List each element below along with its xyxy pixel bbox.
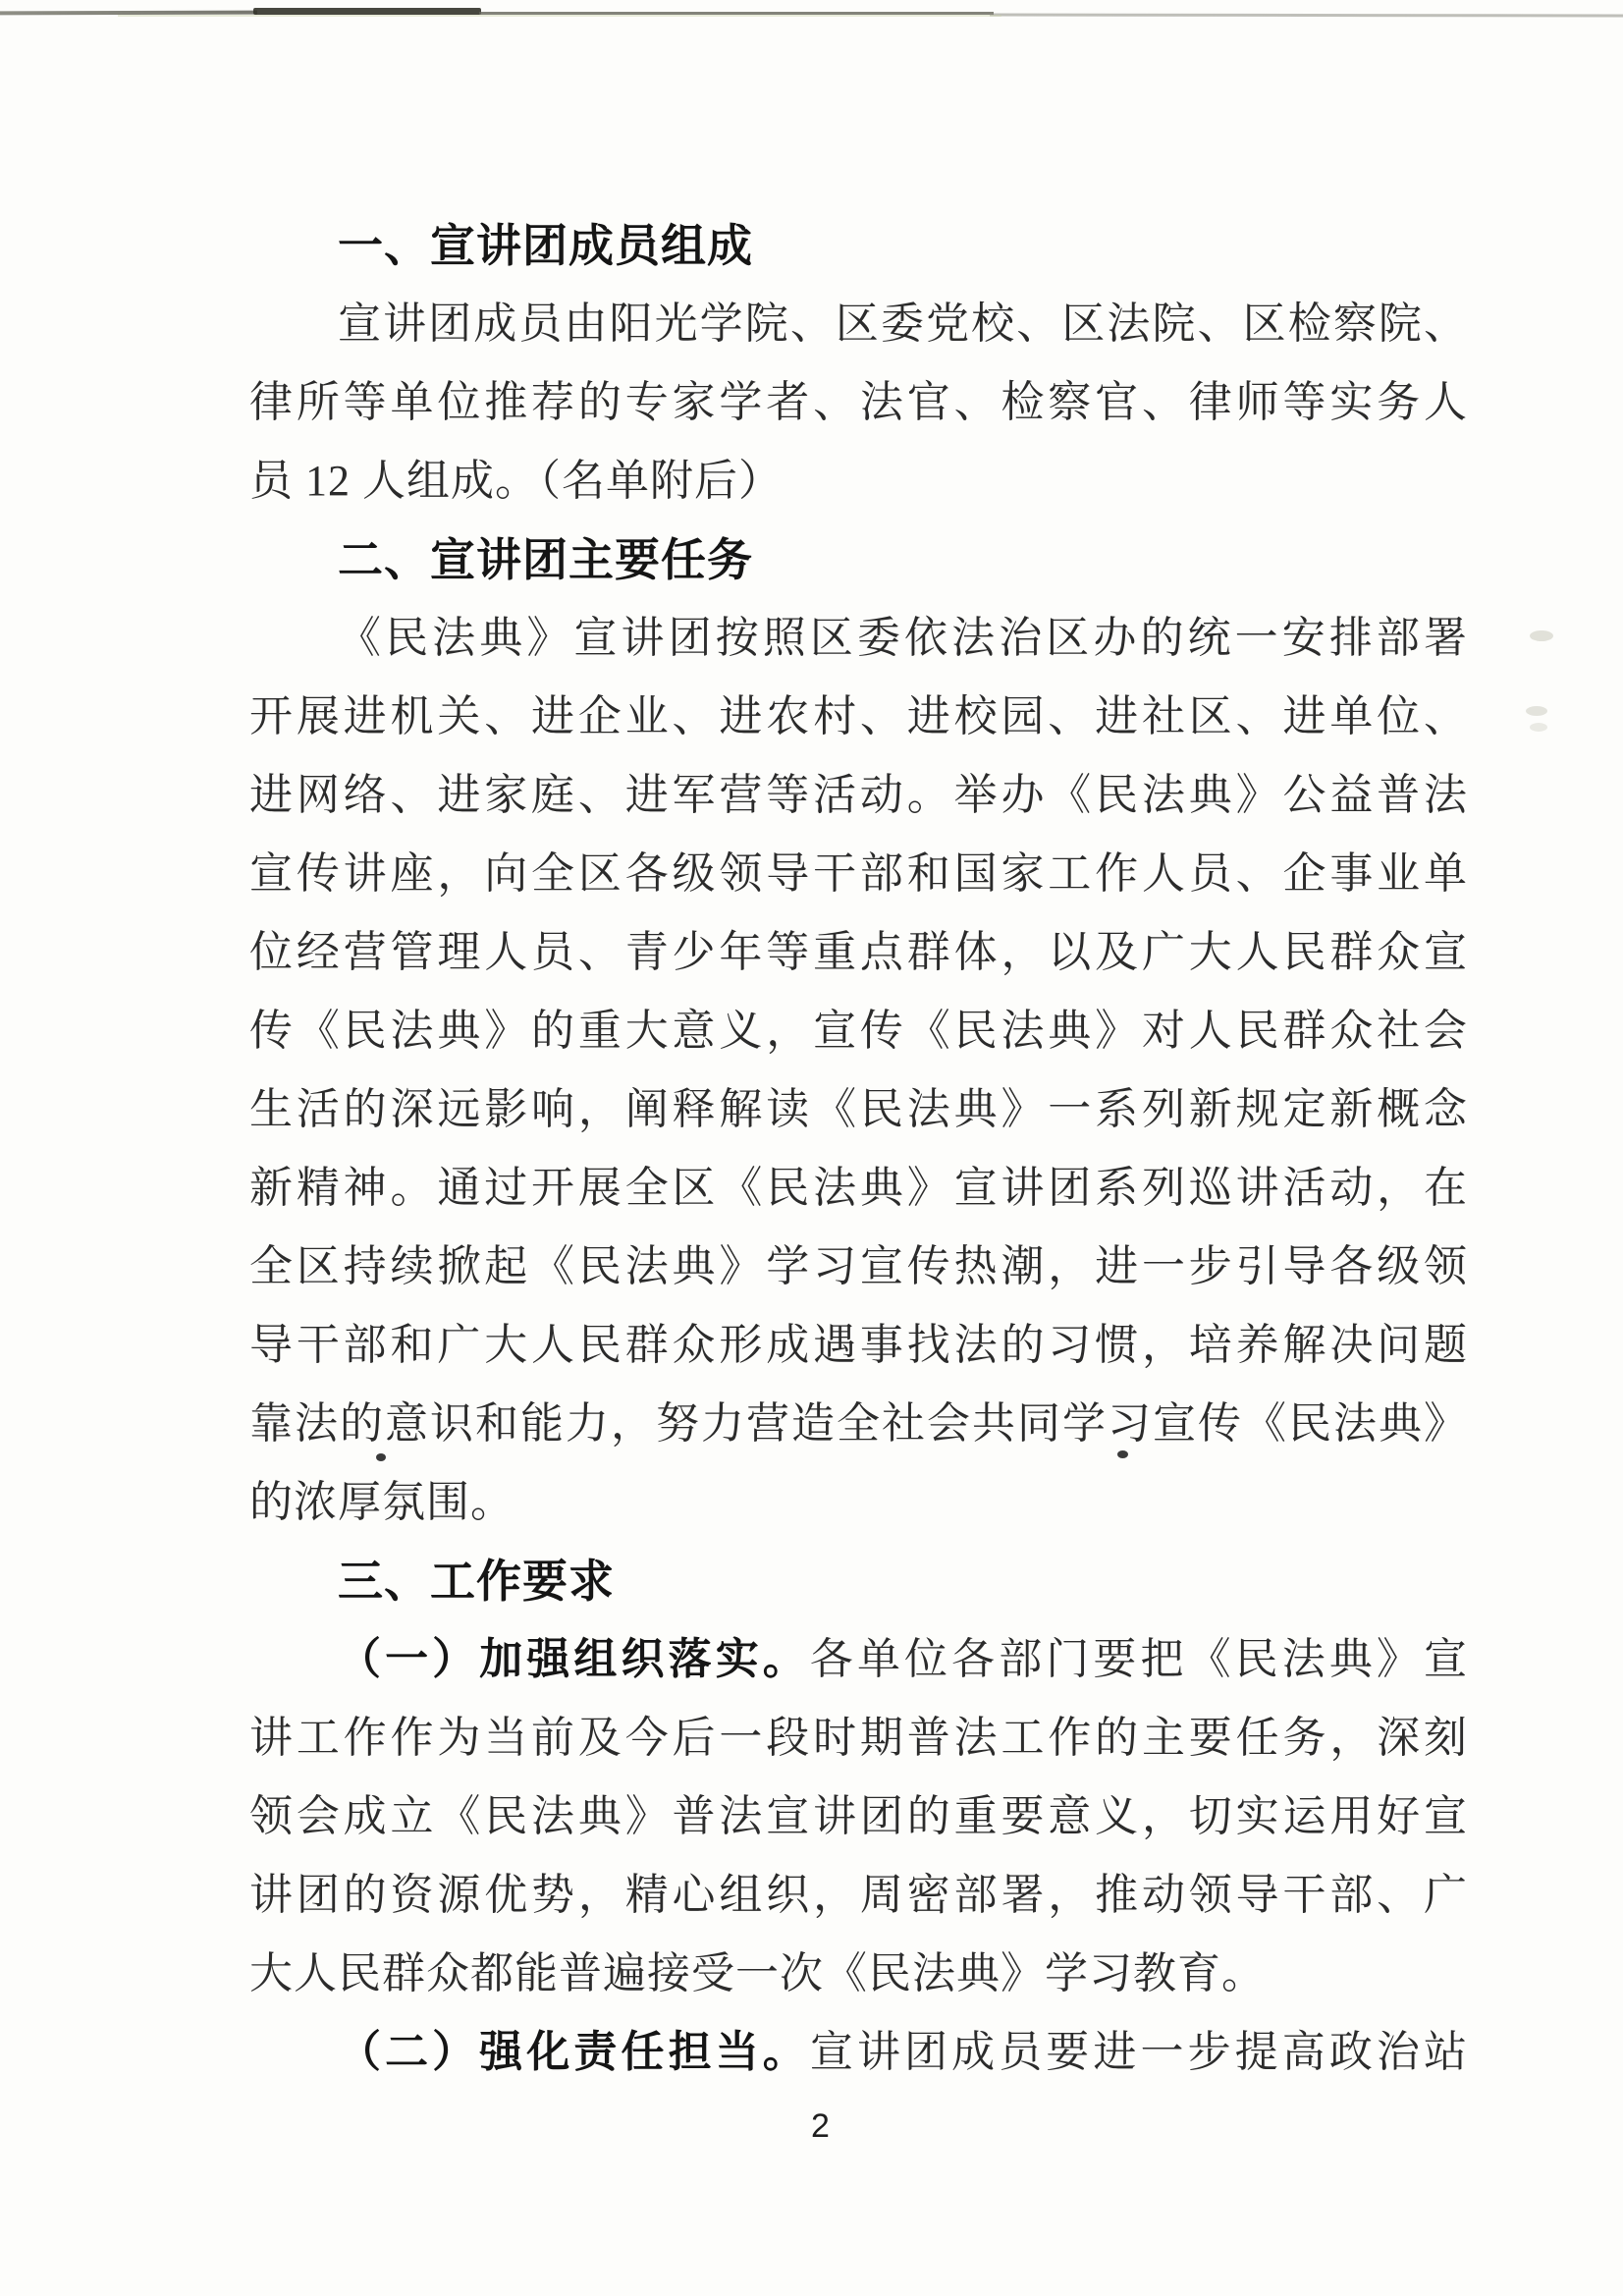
- scan-edge-artifact: [990, 14, 1623, 18]
- section-heading: 一、宣讲团成员组成: [249, 206, 1468, 285]
- section-heading: 二、宣讲团主要任务: [249, 520, 1468, 599]
- text-line: （一）加强组织落实。各单位各部门要把《民法典》宣: [249, 1620, 1468, 1699]
- text-line: 领会成立《民法典》普法宣讲团的重要意义，切实运用好宣: [249, 1777, 1468, 1856]
- text-run: 进网络、进家庭、进军营等活动。举办《民法典》公益普法: [249, 771, 1468, 819]
- scan-edge-artifact: [479, 12, 994, 15]
- text-line: 大人民群众都能普遍接受一次《民法典》学习教育。: [249, 1935, 1468, 2013]
- section-heading: 三、工作要求: [249, 1542, 1468, 1620]
- text-line: 律所等单位推荐的专家学者、法官、检察官、律师等实务人: [249, 363, 1468, 442]
- text-run: 的浓厚氛围。: [249, 1478, 514, 1526]
- text-run: 靠法的意识和能力，努力营造全社会共同学习宣传《民法典》: [249, 1399, 1468, 1448]
- text-line: 传《民法典》的重大意义，宣传《民法典》对人民群众社会: [249, 992, 1468, 1070]
- text-line: 位经营管理人员、青少年等重点群体，以及广大人民群众宣: [249, 913, 1468, 992]
- bold-text-run: 二、宣讲团主要任务: [338, 534, 753, 585]
- bold-text-run: 三、工作要求: [338, 1556, 615, 1607]
- scan-edge-artifact: [0, 11, 257, 16]
- text-run: 《民法典》宣讲团按照区委依法治区办的统一安排部署: [338, 614, 1468, 662]
- document-body: 一、宣讲团成员组成宣讲团成员由阳光学院、区委党校、区法院、区检察院、律所等单位推…: [249, 206, 1468, 2092]
- scan-smudge: [1530, 630, 1553, 641]
- text-line: 靠法的意识和能力，努力营造全社会共同学习宣传《民法典》: [249, 1385, 1468, 1463]
- text-line: 讲团的资源优势，精心组织，周密部署，推动领导干部、广: [249, 1856, 1468, 1935]
- scan-smudge: [1526, 706, 1547, 716]
- text-run: 全区持续掀起《民法典》学习宣传热潮，进一步引导各级领: [249, 1242, 1468, 1290]
- text-line: 讲工作作为当前及今后一段时期普法工作的主要任务，深刻: [249, 1699, 1468, 1777]
- text-run: 传《民法典》的重大意义，宣传《民法典》对人民群众社会: [249, 1007, 1468, 1055]
- text-run: 大人民群众都能普遍接受一次《民法典》学习教育。: [249, 1949, 1266, 1997]
- bold-text-run: （二）强化责任担当。: [338, 2028, 810, 2076]
- bold-text-run: （一）加强组织落实。: [338, 1635, 810, 1683]
- text-line: 新精神。通过开展全区《民法典》宣讲团系列巡讲活动，在: [249, 1149, 1468, 1228]
- text-run: 律所等单位推荐的专家学者、法官、检察官、律师等实务人: [249, 378, 1468, 426]
- text-run: 宣讲团成员要进一步提高政治站: [810, 2028, 1468, 2076]
- text-line: 导干部和广大人民群众形成遇事找法的习惯，培养解决问题: [249, 1306, 1468, 1385]
- text-line: 员 12 人组成。（名单附后）: [249, 442, 1468, 520]
- text-line: 进网络、进家庭、进军营等活动。举办《民法典》公益普法: [249, 756, 1468, 835]
- text-line: 的浓厚氛围。: [249, 1463, 1468, 1542]
- text-line: 生活的深远影响，阐释解读《民法典》一系列新规定新概念: [249, 1070, 1468, 1149]
- text-run: 开展进机关、进企业、进农村、进校园、进社区、进单位、: [249, 692, 1468, 740]
- scan-edge-artifact: [118, 15, 1001, 17]
- text-line: （二）强化责任担当。宣讲团成员要进一步提高政治站: [249, 2013, 1468, 2092]
- text-line: 宣讲团成员由阳光学院、区委党校、区法院、区检察院、: [249, 285, 1468, 363]
- text-run: 位经营管理人员、青少年等重点群体，以及广大人民群众宣: [249, 928, 1468, 976]
- text-run: 员 12 人组成。（名单附后）: [249, 457, 783, 505]
- text-run: 生活的深远影响，阐释解读《民法典》一系列新规定新概念: [249, 1085, 1468, 1133]
- text-line: 开展进机关、进企业、进农村、进校园、进社区、进单位、: [249, 678, 1468, 756]
- scan-smudge: [1530, 723, 1547, 732]
- scan-edge-artifact: [253, 8, 481, 15]
- bold-text-run: 一、宣讲团成员组成: [338, 220, 753, 271]
- text-line: 全区持续掀起《民法典》学习宣传热潮，进一步引导各级领: [249, 1228, 1468, 1306]
- text-run: 各单位各部门要把《民法典》宣: [810, 1635, 1468, 1683]
- text-line: 宣传讲座，向全区各级领导干部和国家工作人员、企事业单: [249, 835, 1468, 913]
- text-run: 讲工作作为当前及今后一段时期普法工作的主要任务，深刻: [249, 1714, 1468, 1762]
- page-number: 2: [18, 2107, 1623, 2146]
- scanned-document-page: { "colors": { "paper": "#fdfdfb", "ink":…: [0, 0, 1623, 2296]
- text-line: 《民法典》宣讲团按照区委依法治区办的统一安排部署: [249, 599, 1468, 678]
- text-run: 新精神。通过开展全区《民法典》宣讲团系列巡讲活动，在: [249, 1164, 1468, 1212]
- text-run: 讲团的资源优势，精心组织，周密部署，推动领导干部、广: [249, 1871, 1468, 1919]
- text-run: 宣传讲座，向全区各级领导干部和国家工作人员、企事业单: [249, 849, 1468, 898]
- text-run: 导干部和广大人民群众形成遇事找法的习惯，培养解决问题: [249, 1321, 1468, 1369]
- text-run: 领会成立《民法典》普法宣讲团的重要意义，切实运用好宣: [249, 1792, 1468, 1840]
- text-run: 宣讲团成员由阳光学院、区委党校、区法院、区检察院、: [338, 300, 1468, 348]
